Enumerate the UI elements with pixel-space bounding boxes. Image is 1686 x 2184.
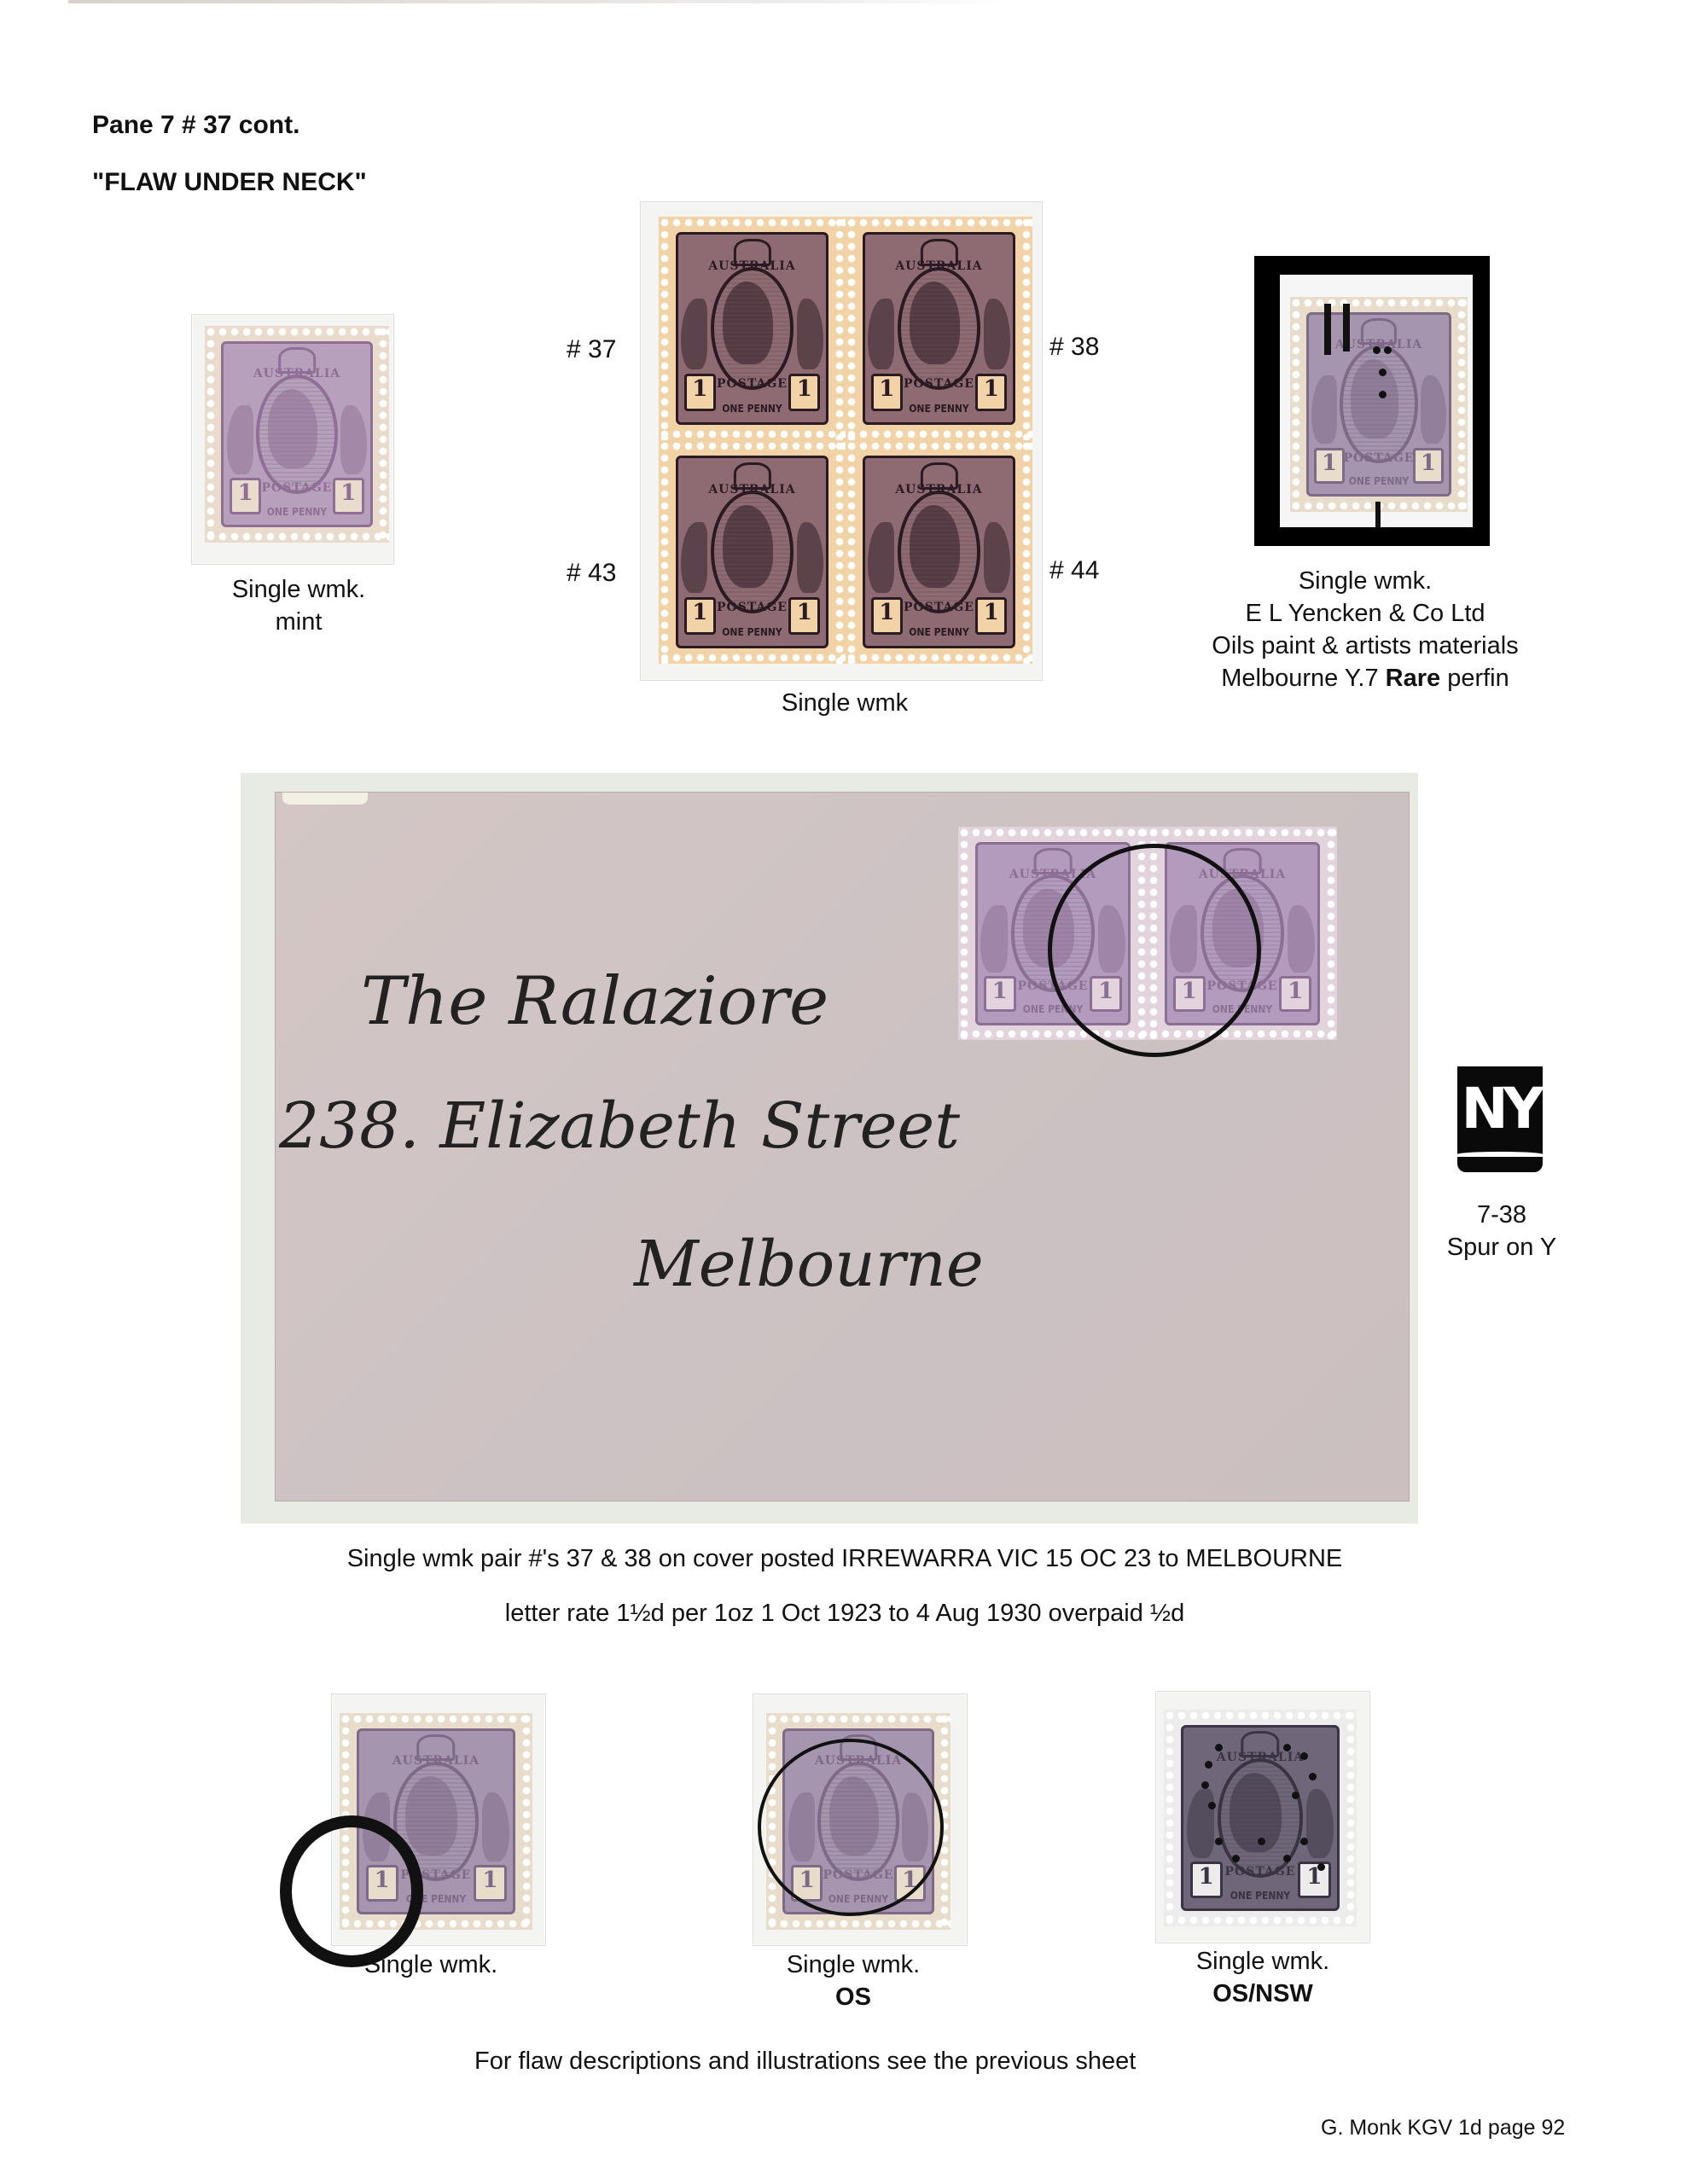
address-line-2: 238. Elizabeth Street	[279, 1089, 960, 1163]
cancel-bar	[1324, 304, 1331, 355]
mint-single-caption: Single wmk. mint	[188, 573, 410, 638]
stamp-bottom-3-osnsw: AUSTRALIAPOSTAGE 11 ONE PENNY	[1164, 1710, 1357, 1926]
stamp-position-43: AUSTRALIAPOSTAGE 11 ONE PENNY	[659, 440, 846, 664]
bottom-caption-3: Single wmk. OS/NSW	[1143, 1945, 1382, 2010]
cancel-mark	[280, 1815, 423, 1967]
stamp-mint-single: AUSTRALIA POSTAGE 1 1 ONE PENNY	[205, 326, 389, 543]
scan-edge	[68, 0, 1007, 3]
stamp-position-37: AUSTRALIAPOSTAGE 11 ONE PENNY	[659, 217, 846, 440]
cancel-bar	[1375, 502, 1381, 527]
perfin-flaw-caption: 7-38 Spur on Y	[1433, 1199, 1570, 1263]
cancel-mark	[758, 1739, 944, 1916]
address-line-3: Melbourne	[634, 1228, 984, 1301]
envelope-cover: The Ralaziore 238. Elizabeth Street Melb…	[275, 792, 1410, 1501]
perfin-caption: Single wmk. E L Yencken & Co Ltd Oils pa…	[1169, 565, 1561, 694]
irrewarra-postmark	[1048, 844, 1261, 1057]
cover-caption-line2: letter rate 1½d per 1oz 1 Oct 1923 to 4 …	[290, 1597, 1399, 1629]
position-label-37: # 37	[567, 335, 616, 364]
perfin-ny-illustration: NY	[1457, 1066, 1543, 1172]
stamp-bottom-2-os: AUSTRALIAPOSTAGE 11 ONE PENNY	[766, 1713, 951, 1930]
address-line-1: The Ralaziore	[361, 963, 828, 1040]
block-caption: Single wmk	[717, 687, 973, 719]
rare-emphasis: Rare	[1386, 665, 1441, 692]
bottom-caption-1: Single wmk.	[324, 1949, 538, 1981]
footer-note: For flaw descriptions and illustrations …	[474, 2047, 1136, 2076]
position-label-43: # 43	[567, 559, 616, 588]
flaw-title: "FLAW UNDER NECK"	[92, 168, 367, 197]
cover-caption-line1: Single wmk pair #'s 37 & 38 on cover pos…	[290, 1542, 1399, 1575]
stamp-bottom-1: AUSTRALIAPOSTAGE 11 ONE PENNY	[340, 1713, 532, 1930]
position-label-38: # 38	[1049, 333, 1099, 362]
position-label-44: # 44	[1049, 556, 1099, 585]
page-heading: Pane 7 # 37 cont.	[92, 111, 299, 140]
page-footer: G. Monk KGV 1d page 92	[1321, 2116, 1565, 2140]
stamp-position-38: AUSTRALIAPOSTAGE 11 ONE PENNY	[846, 217, 1032, 440]
stamp-perfin-single: AUSTRALIAPOSTAGE 11 ONE PENNY	[1290, 297, 1468, 512]
cancel-bar	[1343, 304, 1350, 351]
stamp-position-44: AUSTRALIAPOSTAGE 11 ONE PENNY	[846, 440, 1032, 664]
bottom-caption-2: Single wmk. OS	[734, 1949, 973, 2013]
